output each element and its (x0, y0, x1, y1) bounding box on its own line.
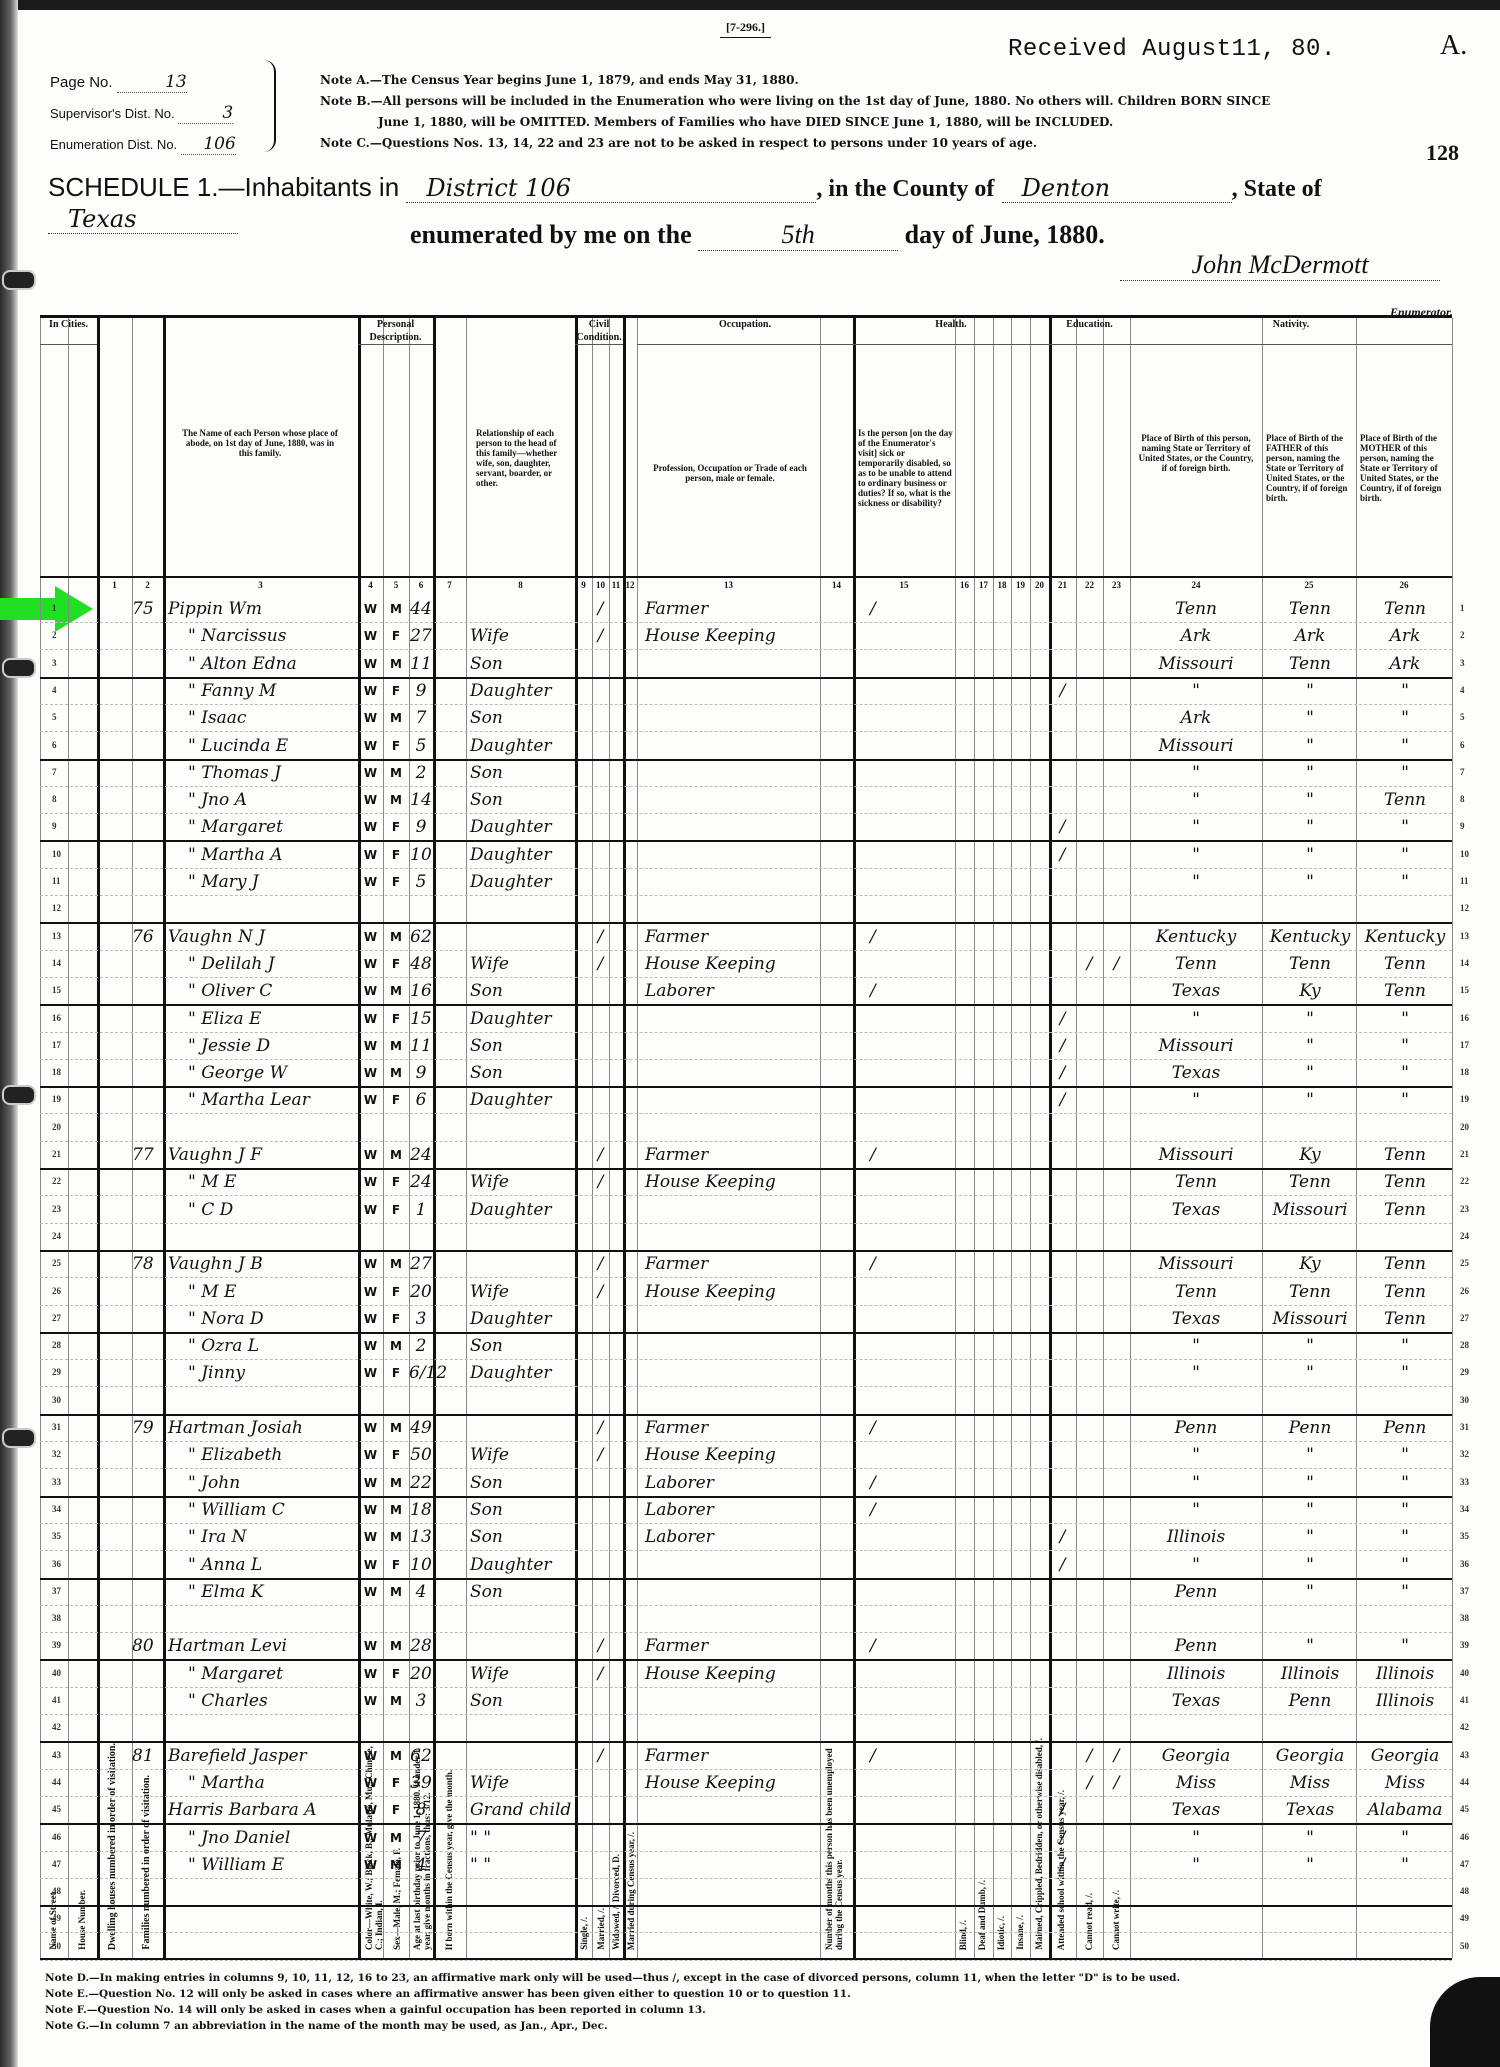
table-row: 3030 (40, 1387, 1452, 1416)
occupation-value: Farmer (645, 1634, 820, 1658)
married-mark (592, 897, 609, 921)
mother-birthplace-value: Alabama (1358, 1798, 1452, 1822)
family-number (132, 815, 163, 839)
sex-value (383, 1607, 409, 1631)
table-row: 4747" William EWM4" "/""" (40, 1851, 1452, 1879)
age-value: 8 (409, 1798, 433, 1822)
school-mark: / (1049, 1007, 1076, 1031)
age-value: 10 (409, 1553, 433, 1577)
family-number (132, 679, 163, 703)
mother-birthplace-value: " (1358, 870, 1452, 894)
mother-birthplace-value: " (1358, 1498, 1452, 1522)
color-value (358, 1880, 383, 1904)
person-name: " Nora D (168, 1307, 378, 1331)
family-number (132, 1935, 163, 1959)
relationship-value: Daughter (470, 843, 575, 867)
person-name: " Ozra L (168, 1334, 378, 1358)
cannot-write-mark (1103, 1225, 1130, 1249)
relationship-value: " " (470, 1853, 575, 1877)
family-number (132, 788, 163, 812)
birthplace-value (1132, 1935, 1260, 1959)
cannot-read-mark (1076, 1389, 1103, 1413)
col-number: 12 (623, 580, 637, 590)
mother-birthplace-value: " (1358, 679, 1452, 703)
table-row: 4141" CharlesWM3SonTexasPennIllinois (40, 1687, 1452, 1715)
relationship-value: Daughter (470, 1361, 575, 1385)
color-value: W (358, 1498, 383, 1522)
school-mark (1049, 652, 1076, 676)
birthplace-value (1132, 1907, 1260, 1931)
line-number-left: 10 (52, 849, 61, 859)
supervisor-dist-label: Supervisor's Dist. No. (50, 106, 175, 121)
married-mark (592, 706, 609, 730)
line-number-left: 9 (52, 821, 57, 831)
table-row: 1111" Mary JWF5Daughter""" (40, 868, 1452, 896)
mother-birthplace-value: Miss (1358, 1771, 1452, 1795)
school-mark (1049, 788, 1076, 812)
school-mark: / (1049, 1853, 1076, 1877)
color-value: W (358, 1334, 383, 1358)
birthplace-value: Penn (1132, 1580, 1260, 1604)
sickness-mark (870, 1334, 930, 1358)
occupation-value (645, 706, 820, 730)
relationship-value: Wife (470, 624, 575, 648)
line-number-left: 38 (52, 1613, 61, 1623)
cannot-write-mark (1103, 1553, 1130, 1577)
col-number: 1 (97, 580, 132, 590)
cannot-read-mark (1076, 761, 1103, 785)
line-number-left: 24 (52, 1231, 61, 1241)
table-row: 44" Fanny MWF9Daughter/""" (40, 677, 1452, 705)
line-number-left: 42 (52, 1722, 61, 1732)
mother-birthplace-value: Tenn (1358, 1307, 1452, 1331)
color-value (358, 897, 383, 921)
color-value (358, 1116, 383, 1140)
relationship-value (470, 925, 575, 949)
occupation-value: Farmer (645, 1143, 820, 1167)
line-number-right: 37 (1460, 1586, 1469, 1596)
mother-birthplace-value: " (1358, 1471, 1452, 1495)
sex-value: F (383, 624, 409, 648)
school-mark: / (1049, 1798, 1076, 1822)
line-number-right: 1 (1460, 603, 1465, 613)
color-value: W (358, 1307, 383, 1331)
line-number-left: 34 (52, 1504, 61, 1514)
personal-description-header: Personal Description. (358, 318, 433, 345)
color-value: W (358, 1143, 383, 1167)
cannot-write-mark (1103, 1826, 1130, 1850)
father-birthplace-header: Place of Birth of the FATHER of this per… (1266, 433, 1354, 503)
school-mark (1049, 597, 1076, 621)
color-value: W (358, 1170, 383, 1194)
line-number-left: 37 (52, 1586, 61, 1596)
line-number-left: 15 (52, 985, 61, 995)
father-birthplace-value: " (1264, 1634, 1356, 1658)
occupation-value (645, 1225, 820, 1249)
line-number-left: 45 (52, 1804, 61, 1814)
occupation-value (645, 1389, 820, 1413)
table-row: 2020 (40, 1114, 1452, 1142)
cannot-read-mark (1076, 1580, 1103, 1604)
birthplace-value: Texas (1132, 1798, 1260, 1822)
married-mark: / (592, 1744, 609, 1768)
cannot-write-mark (1103, 1389, 1130, 1413)
sickness-mark (870, 952, 930, 976)
sex-value: M (383, 1471, 409, 1495)
family-number (132, 1280, 163, 1304)
mother-birthplace-value: Illinois (1358, 1662, 1452, 1686)
age-value: 28 (409, 1634, 433, 1658)
occupation-value: Farmer (645, 1252, 820, 1276)
married-mark: / (592, 1662, 609, 1686)
age-value: 2 (409, 761, 433, 785)
occupation-value (645, 1880, 820, 1904)
sickness-mark (870, 1553, 930, 1577)
birthplace-value: Tenn (1132, 597, 1260, 621)
color-value: W (358, 1853, 383, 1877)
married-mark (592, 1907, 609, 1931)
mother-birthplace-value: " (1358, 706, 1452, 730)
married-mark (592, 1553, 609, 1577)
married-mark (592, 1607, 609, 1631)
birthplace-value (1132, 897, 1260, 921)
mother-birthplace-value: Tenn (1358, 1170, 1452, 1194)
sex-value: M (383, 652, 409, 676)
birthplace-value: Missouri (1132, 1252, 1260, 1276)
county-label: , in the County of (816, 176, 994, 202)
occupation-value: Laborer (645, 1525, 820, 1549)
relationship-value (470, 597, 575, 621)
person-name: " M E (168, 1170, 378, 1194)
married-mark: / (592, 1634, 609, 1658)
table-row: 4949 (40, 1905, 1452, 1933)
father-birthplace-value: Tenn (1264, 1280, 1356, 1304)
age-value (409, 1607, 433, 1631)
cannot-read-mark (1076, 1252, 1103, 1276)
sickness-mark (870, 679, 930, 703)
married-mark (592, 1580, 609, 1604)
mother-birthplace-value: " (1358, 843, 1452, 867)
age-value: 9 (409, 815, 433, 839)
school-mark: / (1049, 1088, 1076, 1112)
table-row: 3737" Elma KWM4SonPenn"" (40, 1578, 1452, 1606)
school-mark: / (1049, 679, 1076, 703)
school-mark (1049, 1334, 1076, 1358)
birthplace-value: Tenn (1132, 1280, 1260, 1304)
cannot-write-mark (1103, 1061, 1130, 1085)
sickness-mark (870, 897, 930, 921)
person-name (168, 897, 358, 921)
line-number-right: 22 (1460, 1176, 1469, 1186)
line-number-right: 13 (1460, 931, 1469, 941)
occupation-value (645, 1061, 820, 1085)
binder-ring (2, 1428, 36, 1448)
line-number-left: 20 (52, 1122, 61, 1132)
family-number (132, 652, 163, 676)
line-number-left: 33 (52, 1477, 61, 1487)
family-number (132, 1607, 163, 1631)
note-g: Note G.—In column 7 an abbreviation in t… (45, 2018, 1180, 2034)
color-value (358, 1907, 383, 1931)
sex-value: M (383, 1498, 409, 1522)
cannot-read-mark (1076, 1034, 1103, 1058)
father-birthplace-value: Missouri (1264, 1307, 1356, 1331)
birthplace-header: Place of Birth of this person, naming St… (1136, 433, 1256, 473)
note-b-cont: June 1, 1880, will be OMITTED. Members o… (320, 112, 1270, 133)
table-row: 1175Pippin WmWM44/Farmer/TennTennTenn (40, 595, 1452, 623)
place-value: District 106 (406, 174, 816, 203)
sex-value: M (383, 979, 409, 1003)
cannot-write-mark (1103, 1853, 1130, 1877)
line-number-right: 41 (1460, 1695, 1469, 1705)
school-mark (1049, 1580, 1076, 1604)
birthplace-value: " (1132, 1853, 1260, 1877)
cannot-read-mark (1076, 1525, 1103, 1549)
occupation-value: Farmer (645, 1416, 820, 1440)
married-mark (592, 979, 609, 1003)
age-value: 27 (409, 1252, 433, 1276)
relationship-value: Son (470, 788, 575, 812)
birthplace-value: " (1132, 1498, 1260, 1522)
person-name: " Charles (168, 1689, 378, 1713)
table-row: 4545Harris Barbara AWF8Grand child/Texas… (40, 1796, 1452, 1825)
table-row: 2929" JinnyWF6/12Daughter""" (40, 1359, 1452, 1387)
married-mark (592, 1389, 609, 1413)
line-number-left: 30 (52, 1395, 61, 1405)
mother-birthplace-value (1358, 1389, 1452, 1413)
relationship-value: Wife (470, 1443, 575, 1467)
line-number-right: 8 (1460, 794, 1465, 804)
mother-birthplace-header: Place of Birth of the MOTHER of this per… (1360, 433, 1448, 503)
age-value (409, 1389, 433, 1413)
father-birthplace-value (1264, 1716, 1356, 1740)
age-value: 24 (409, 1170, 433, 1194)
school-mark (1049, 734, 1076, 758)
father-birthplace-value: " (1264, 1580, 1356, 1604)
col-number: 8 (466, 580, 575, 590)
relationship-value (470, 1880, 575, 1904)
color-value: W (358, 925, 383, 949)
line-number-right: 6 (1460, 740, 1465, 750)
table-row: 99" MargaretWF9Daughter/""" (40, 813, 1452, 842)
table-row: 33" Alton EdnaWM11SonMissouriTennArk (40, 650, 1452, 679)
sex-value: M (383, 1034, 409, 1058)
birthplace-value: Missouri (1132, 1034, 1260, 1058)
cannot-read-mark (1076, 1662, 1103, 1686)
age-value: 22 (409, 1471, 433, 1495)
line-number-left: 41 (52, 1695, 61, 1705)
cannot-write-mark (1103, 1498, 1130, 1522)
person-name: " Martha Lear (168, 1088, 378, 1112)
father-birthplace-value: " (1264, 1361, 1356, 1385)
color-value (358, 1716, 383, 1740)
school-mark (1049, 1143, 1076, 1167)
father-birthplace-value: Tenn (1264, 1170, 1356, 1194)
sickness-mark (870, 652, 930, 676)
cannot-read-mark (1076, 843, 1103, 867)
family-number: 77 (132, 1143, 163, 1167)
mother-birthplace-value: " (1358, 1853, 1452, 1877)
occupation-value (645, 1007, 820, 1031)
col-number: 22 (1076, 580, 1103, 590)
family-number (132, 1689, 163, 1713)
cannot-write-mark (1103, 1580, 1130, 1604)
cannot-write-mark (1103, 1361, 1130, 1385)
line-number-right: 44 (1460, 1777, 1469, 1787)
relationship-value: Son (470, 1061, 575, 1085)
family-number (132, 1771, 163, 1795)
age-value: 50 (409, 1443, 433, 1467)
sex-value (383, 1716, 409, 1740)
father-birthplace-value (1264, 1935, 1356, 1959)
relationship-value (470, 1252, 575, 1276)
age-value (409, 897, 433, 921)
sickness-mark (870, 1580, 930, 1604)
school-mark (1049, 1880, 1076, 1904)
school-mark (1049, 1771, 1076, 1795)
person-name (168, 1389, 358, 1413)
sickness-mark (870, 1935, 930, 1959)
age-value: 1 (409, 1198, 433, 1222)
relationship-value: Son (470, 1580, 575, 1604)
color-value: W (358, 706, 383, 730)
cannot-read-mark: / (1076, 1771, 1103, 1795)
county-value: Denton (1002, 174, 1232, 203)
age-value: 11 (409, 652, 433, 676)
relationship-value: Daughter (470, 1553, 575, 1577)
sickness-mark (870, 1880, 930, 1904)
cannot-write-mark (1103, 1334, 1130, 1358)
col-number: 16 (955, 580, 974, 590)
sex-value: M (383, 1689, 409, 1713)
cannot-read-mark: / (1076, 952, 1103, 976)
occupation-value (645, 788, 820, 812)
father-birthplace-value (1264, 1225, 1356, 1249)
relationship-value: Son (470, 1334, 575, 1358)
father-birthplace-value: " (1264, 1443, 1356, 1467)
age-value: 9 (409, 679, 433, 703)
sex-value: F (383, 1771, 409, 1795)
table-row: 3232" ElizabethWF50Wife/House Keeping""" (40, 1441, 1452, 1469)
occupation-value (645, 1116, 820, 1140)
line-number-right: 31 (1460, 1422, 1469, 1432)
sickness-mark (870, 1280, 930, 1304)
cannot-write-mark (1103, 788, 1130, 812)
married-mark: / (592, 1252, 609, 1276)
line-number-right: 16 (1460, 1013, 1469, 1023)
line-number-right: 28 (1460, 1340, 1469, 1350)
occupation-value (645, 761, 820, 785)
married-mark: / (592, 1170, 609, 1194)
occupation-value (645, 1553, 820, 1577)
person-name: " John (168, 1471, 378, 1495)
sex-value: F (383, 1088, 409, 1112)
father-birthplace-value: Missouri (1264, 1198, 1356, 1222)
relationship-value: Son (470, 1471, 575, 1495)
relationship-value: Son (470, 706, 575, 730)
line-number-left: 50 (52, 1941, 61, 1951)
school-mark (1049, 1361, 1076, 1385)
married-mark: / (592, 624, 609, 648)
mother-birthplace-value: " (1358, 1553, 1452, 1577)
birthplace-value: Texas (1132, 1198, 1260, 1222)
father-birthplace-value: Kentucky (1264, 925, 1356, 949)
sex-value (383, 1116, 409, 1140)
line-number-right: 26 (1460, 1286, 1469, 1296)
occupation-value: Laborer (645, 979, 820, 1003)
father-birthplace-value: " (1264, 1853, 1356, 1877)
education-header: Education. (1049, 318, 1130, 345)
sickness-mark: / (870, 1498, 930, 1522)
cannot-write-mark: / (1103, 1744, 1130, 1768)
cannot-write-mark (1103, 843, 1130, 867)
married-mark: / (592, 597, 609, 621)
cannot-write-mark (1103, 979, 1130, 1003)
line-number-right: 36 (1460, 1559, 1469, 1569)
cannot-write-mark (1103, 1416, 1130, 1440)
birthplace-value (1132, 1116, 1260, 1140)
age-value: 49 (409, 1416, 433, 1440)
birthplace-value: Kentucky (1132, 925, 1260, 949)
sex-value: F (383, 1361, 409, 1385)
sickness-mark: / (870, 979, 930, 1003)
table-row: 313179Hartman JosiahWM49/Farmer/PennPenn… (40, 1414, 1452, 1442)
birthplace-value: " (1132, 1553, 1260, 1577)
age-value (409, 1225, 433, 1249)
binder-ring (2, 1085, 36, 1105)
line-number-right: 21 (1460, 1149, 1469, 1159)
relationship-value: Daughter (470, 679, 575, 703)
mother-birthplace-value: " (1358, 1034, 1452, 1058)
family-number (132, 1580, 163, 1604)
birthplace-value: " (1132, 1471, 1260, 1495)
relationship-header: Relationship of each person to the head … (476, 428, 568, 488)
relationship-value: Daughter (470, 734, 575, 758)
sex-value: M (383, 788, 409, 812)
col-number: 26 (1356, 580, 1452, 590)
cannot-read-mark (1076, 1116, 1103, 1140)
table-row: 2424 (40, 1223, 1452, 1252)
married-mark (592, 1716, 609, 1740)
mother-birthplace-value: " (1358, 1826, 1452, 1850)
cannot-read-mark (1076, 1334, 1103, 1358)
relationship-value: Wife (470, 1662, 575, 1686)
in-cities-header: In Cities. (40, 318, 97, 345)
cannot-write-mark (1103, 1252, 1130, 1276)
line-number-right: 38 (1460, 1613, 1469, 1623)
father-birthplace-value: " (1264, 870, 1356, 894)
col-number: 3 (163, 580, 358, 590)
table-row: 1010" Martha AWF10Daughter/""" (40, 841, 1452, 869)
sickness-mark (870, 1061, 930, 1085)
relationship-value: Wife (470, 1170, 575, 1194)
school-mark: / (1049, 1553, 1076, 1577)
cannot-read-mark (1076, 1634, 1103, 1658)
mother-birthplace-value (1358, 1880, 1452, 1904)
color-value: W (358, 1744, 383, 1768)
family-number (132, 843, 163, 867)
mother-birthplace-value: Ark (1358, 652, 1452, 676)
person-name (168, 1607, 358, 1631)
mother-birthplace-value (1358, 1907, 1452, 1931)
father-birthplace-value: " (1264, 788, 1356, 812)
line-number-right: 11 (1460, 876, 1469, 886)
cannot-read-mark (1076, 870, 1103, 894)
mother-birthplace-value: Tenn (1358, 597, 1452, 621)
school-mark (1049, 1935, 1076, 1959)
school-mark (1049, 1389, 1076, 1413)
relationship-value: Wife (470, 1771, 575, 1795)
